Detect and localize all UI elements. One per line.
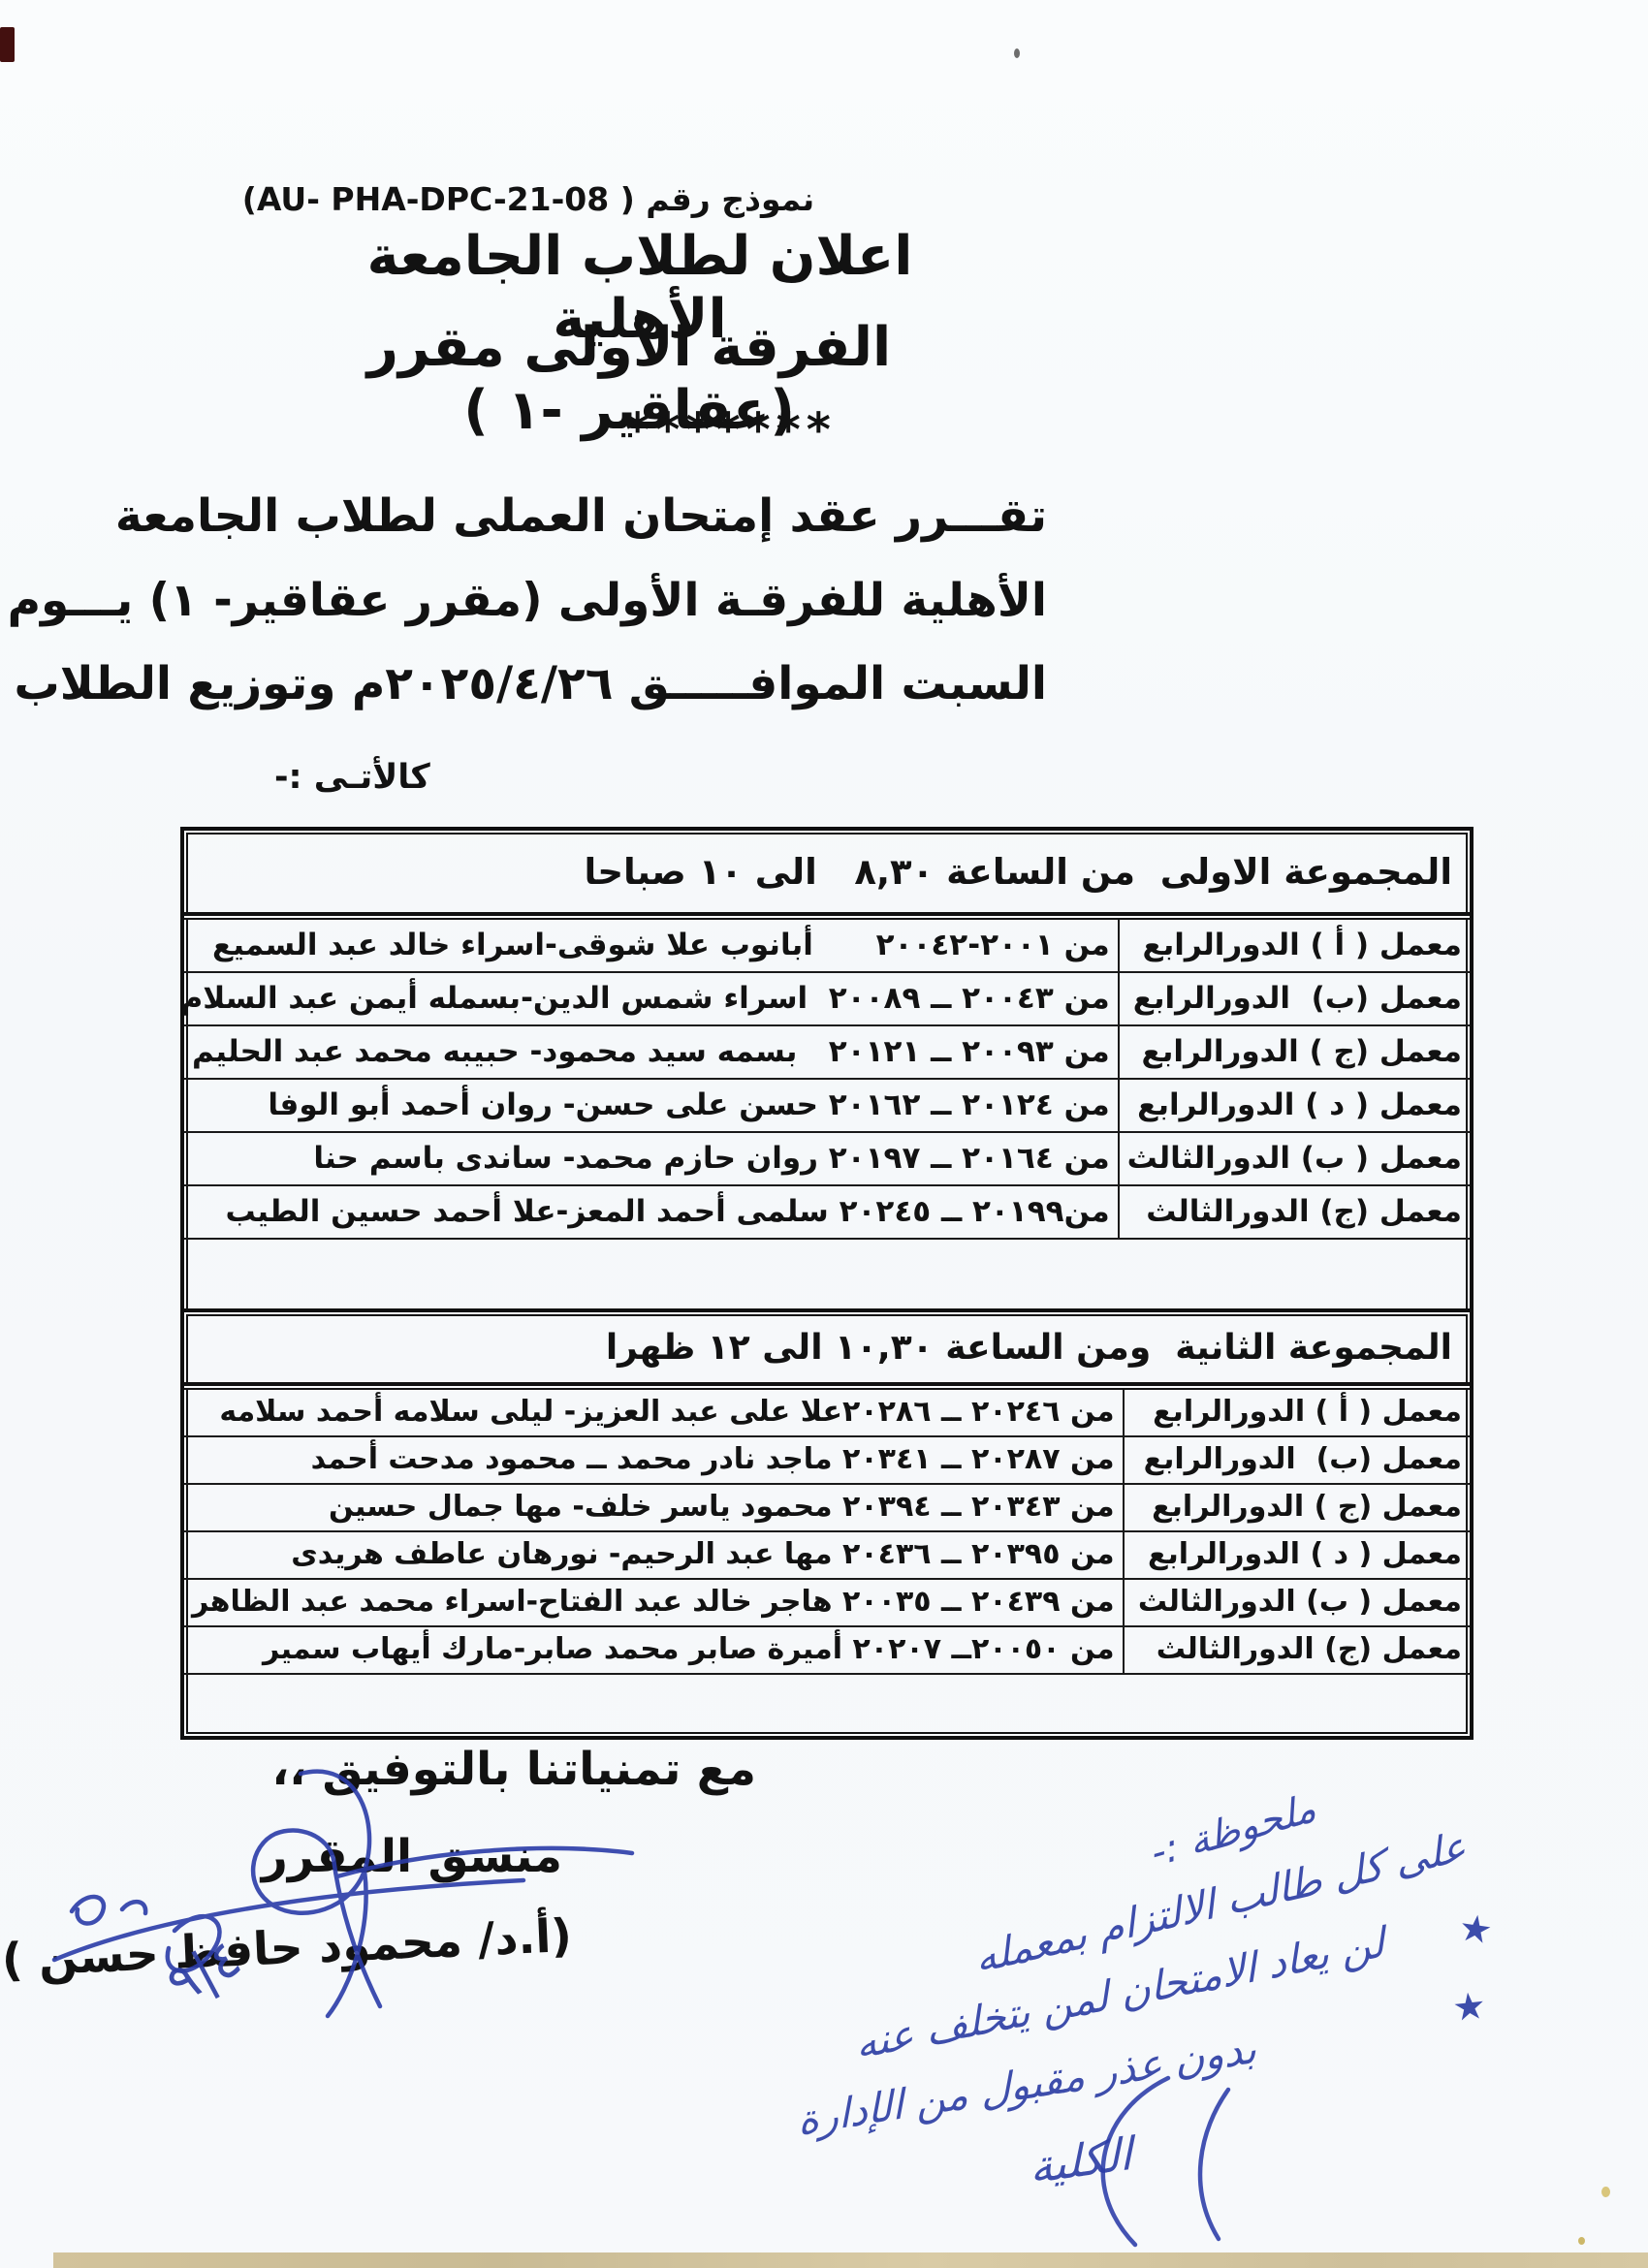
group2-header: المجموعة الثانية ومن الساعة ١٠,٣٠ الى ١٢…	[184, 1312, 1470, 1386]
body-line-1: تقـــرر عقد إمتحان العملى لطلاب الجامعة	[115, 489, 1047, 543]
range-cell: من ٢٠٤٣٩ ــ ٢٠٠٣٥ هاجر خالد عبد الفتاح-ا…	[184, 1579, 1124, 1626]
body-line-2: الأهلية للفرقـة الأولى (مقرر عقاقير- ١) …	[8, 574, 1047, 627]
range-cell: من ٢٠٣٩٥ ــ ٢٠٤٣٦ مها عبد الرحيم- نورهان…	[184, 1531, 1124, 1579]
scan-edge-strip	[53, 2252, 1648, 2268]
group1-table: المجموعة الاولى من الساعة ٨,٣٠ الى ١٠ صب…	[180, 827, 1474, 1316]
range-cell: من ٢٠١٦٤ ــ ٢٠١٩٧ روان حازم محمد- ساندى …	[180, 1132, 1119, 1185]
group2-rows: معمل ( أ ) الدورالرابع من ٢٠٢٤٦ ــ ٢٠٢٨٦…	[184, 1390, 1470, 1740]
lab-cell: معمل ( د ) الدورالرابع	[1119, 1079, 1470, 1132]
scan-speck	[1014, 48, 1020, 58]
table-row: معمل ( أ ) الدورالرابع من ٢٠٠١-٢٠٠٤٢ أبا…	[180, 920, 1470, 972]
lab-cell: معمل (ب) الدورالرابع	[1119, 972, 1470, 1025]
handwritten-asterisk: ٭	[1448, 1968, 1489, 2042]
body-line-3: السبت الموافـــــق ٢٠٢٥/٤/٢٦م وتوزيع الط…	[15, 657, 1047, 710]
table-row: معمل ( د ) الدورالرابع من ٢٠٣٩٥ ــ ٢٠٤٣٦…	[184, 1531, 1470, 1579]
handwritten-flourish-ink	[1023, 2072, 1333, 2261]
lab-cell: معمل ( أ ) الدورالرابع	[1119, 920, 1470, 972]
handwritten-asterisk: ٭	[1454, 1890, 1498, 1966]
table-row: معمل ( د ) الدورالرابع من ٢٠١٢٤ ــ ٢٠١٦٢…	[180, 1079, 1470, 1132]
table-row: معمل (ب) الدورالرابع من ٢٠٠٤٣ ــ ٢٠٠٨٩ ا…	[180, 972, 1470, 1025]
lab-cell: معمل (ج ) الدورالرابع	[1119, 1025, 1470, 1079]
table-row: معمل (ج ) الدورالرابع من ٢٠٠٩٣ ــ ٢٠١٢١ …	[180, 1025, 1470, 1079]
lab-cell: معمل ( أ ) الدورالرابع	[1124, 1390, 1470, 1436]
lab-cell: معمل (ب) الدورالرابع	[1124, 1436, 1470, 1484]
empty-row	[184, 1674, 1470, 1740]
form-number: نموذج رقم ( AU- PHA-DPC-21-08)	[199, 180, 858, 218]
stars-divider: *******	[560, 403, 902, 457]
group2-table: المجموعة الثانية ومن الساعة ١٠,٣٠ الى ١٢…	[180, 1308, 1474, 1740]
lab-cell: معمل ( ب) الدورالثالث	[1119, 1132, 1470, 1185]
table-row: معمل (ج ) الدورالرابع من ٢٠٣٤٣ ــ ٢٠٣٩٤ …	[184, 1484, 1470, 1531]
range-cell: من٢٠١٩٩ ــ ٢٠٢٤٥ سلمى أحمد المعز-علا أحم…	[180, 1185, 1119, 1239]
scan-speck	[1601, 2187, 1610, 2197]
table-row: معمل (ج) الدورالثالث من٢٠١٩٩ ــ ٢٠٢٤٥ سل…	[180, 1185, 1470, 1239]
scanned-announcement-page: نموذج رقم ( AU- PHA-DPC-21-08) اعلان لطل…	[0, 0, 1648, 2268]
scan-corner-mark	[0, 27, 15, 62]
range-cell: من ٢٠٠١-٢٠٠٤٢ أبانوب علا شوقى-اسراء خالد…	[180, 920, 1119, 972]
signature-ink	[39, 1756, 659, 2047]
range-cell: من ٢٠٢٨٧ ــ ٢٠٣٤١ ماجد نادر محمد ــ محمو…	[184, 1436, 1124, 1484]
group1-header: المجموعة الاولى من الساعة ٨,٣٠ الى ١٠ صب…	[184, 831, 1470, 916]
group1-rows: معمل ( أ ) الدورالرابع من ٢٠٠١-٢٠٠٤٢ أبا…	[180, 920, 1470, 1316]
empty-row	[180, 1239, 1470, 1316]
range-cell: من ٢٠٣٤٣ ــ ٢٠٣٩٤ محمود ياسر خلف- مها جم…	[184, 1484, 1124, 1531]
range-cell: من ٢٠١٢٤ ــ ٢٠١٦٢ حسن على حسن- روان أحمد…	[180, 1079, 1119, 1132]
lab-cell: معمل (ج ) الدورالرابع	[1124, 1484, 1470, 1531]
table-row: معمل ( ب) الدورالثالث من ٢٠١٦٤ ــ ٢٠١٩٧ …	[180, 1132, 1470, 1185]
table-row: معمل (ب) الدورالرابع من ٢٠٢٨٧ ــ ٢٠٣٤١ م…	[184, 1436, 1470, 1484]
body-line-4: كالأتـى :-	[274, 758, 430, 797]
table-row: معمل (ج) الدورالثالث من ٢٠٠٥٠ــ ٢٠٢٠٧ أم…	[184, 1626, 1470, 1674]
lab-cell: معمل (ج) الدورالثالث	[1119, 1185, 1470, 1239]
range-cell: من ٢٠٢٤٦ ــ ٢٠٢٨٦علا على عبد العزيز- ليل…	[184, 1390, 1124, 1436]
range-cell: من ٢٠٠٩٣ ــ ٢٠١٢١ بسمه سيد محمود- حبيبه …	[180, 1025, 1119, 1079]
table-row: معمل ( أ ) الدورالرابع من ٢٠٢٤٦ ــ ٢٠٢٨٦…	[184, 1390, 1470, 1436]
lab-cell: معمل ( د ) الدورالرابع	[1124, 1531, 1470, 1579]
scan-speck	[1578, 2237, 1585, 2245]
range-cell: من ٢٠٠٥٠ــ ٢٠٢٠٧ أميرة صابر محمد صابر-ما…	[184, 1626, 1124, 1674]
range-cell: من ٢٠٠٤٣ ــ ٢٠٠٨٩ اسراء شمس الدين-بسمله …	[180, 972, 1119, 1025]
table-row: معمل ( ب) الدورالثالث من ٢٠٤٣٩ ــ ٢٠٠٣٥ …	[184, 1579, 1470, 1626]
lab-cell: معمل (ج) الدورالثالث	[1124, 1626, 1470, 1674]
lab-cell: معمل ( ب) الدورالثالث	[1124, 1579, 1470, 1626]
